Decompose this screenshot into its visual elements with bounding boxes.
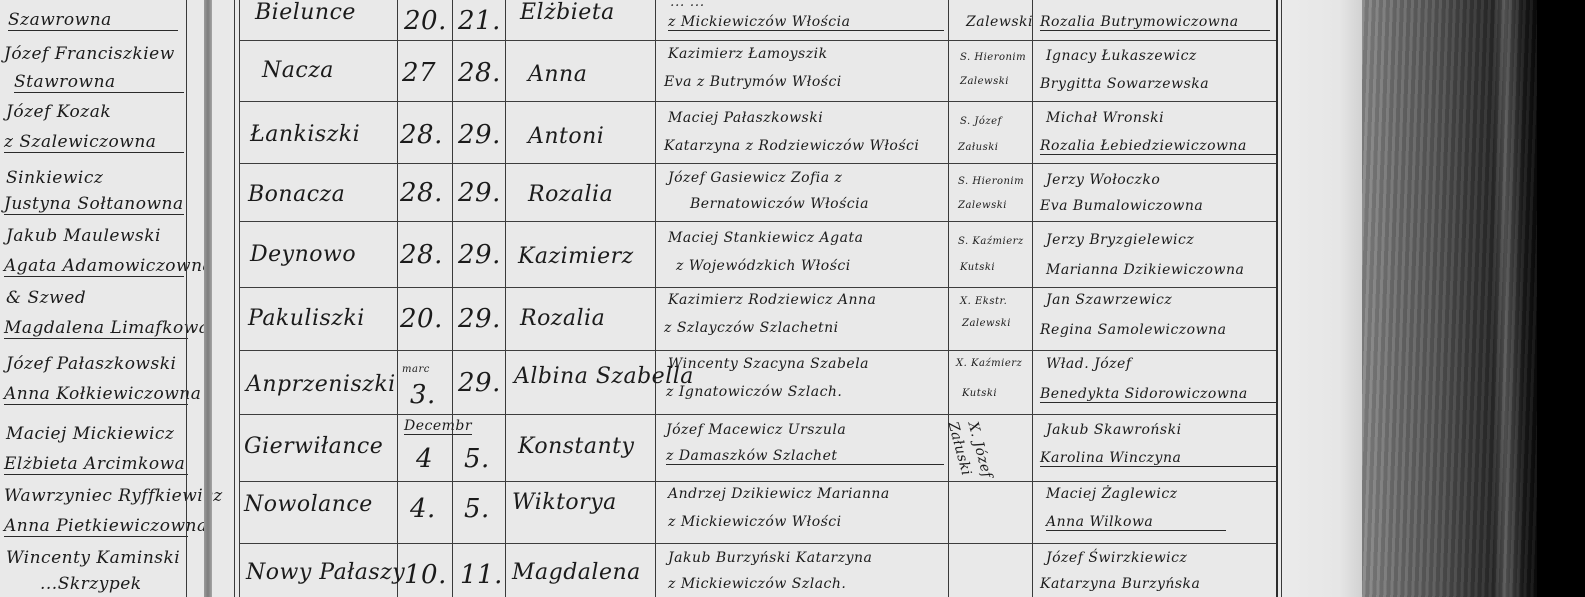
date-event: 3.: [410, 380, 436, 410]
parents-line-2: z Ignatowiczów Szlach.: [666, 384, 842, 400]
date-event: 20.: [404, 6, 447, 36]
date-event: 28.: [400, 178, 443, 208]
left-line: Elżbieta Arcimkowa: [4, 454, 188, 475]
godparents-line-2: Rozalia Łebiedziewiczowna: [1040, 138, 1276, 155]
godparents-line-1: Ignacy Łukaszewicz: [1046, 48, 1197, 64]
godparents-line-1: Maciej Żaglewicz: [1046, 486, 1178, 502]
date-event: 20.: [400, 304, 443, 334]
register-page: Szawrowna Józef Franciszkiew Stawrowna J…: [0, 0, 1365, 597]
date-record: 11.: [460, 560, 503, 590]
date-record: 29.: [458, 304, 501, 334]
left-line: Wincenty Kaminski: [6, 548, 180, 568]
godparents-line-1: Józef Świrzkiewicz: [1046, 550, 1187, 566]
surname: Deynowo: [250, 242, 356, 267]
surname: Anprzeniszki: [246, 372, 396, 397]
place-line-2: Kutski: [962, 388, 997, 399]
place: Zalewski: [966, 14, 1033, 30]
binding-gutter: [204, 0, 212, 597]
place-line-1: S. Hieronim: [960, 52, 1026, 63]
left-line: Anna Pietkiewiczowna: [4, 516, 188, 537]
surname: Nowolance: [244, 492, 373, 517]
left-line: & Szwed: [6, 288, 86, 308]
left-line: Maciej Mickiewicz: [6, 424, 174, 444]
surname: Nowy Pałaszy: [246, 560, 405, 585]
place-line-1: X. Ekstr.: [960, 296, 1007, 307]
row-rule: [240, 287, 1276, 288]
godparents-line-2: Marianna Dzikiewiczowna: [1046, 262, 1244, 278]
surname: Bielunce: [255, 0, 356, 25]
row-rule: [240, 101, 1276, 102]
godparents-line-2: Katarzyna Burzyńska: [1040, 576, 1200, 592]
row-rule: [240, 163, 1276, 164]
place-line-1: S. Hieronim: [958, 176, 1024, 187]
godparents-line-2: Rozalia Butrymowiczowna: [1040, 14, 1270, 31]
col-divider-place: [1032, 0, 1033, 597]
godparents-line-1: Wład. Józef: [1046, 356, 1132, 372]
table-border-right-inner: [1281, 0, 1282, 597]
given-name: Kazimierz: [518, 244, 634, 269]
place-line-1: X. Kaźmierz: [956, 358, 1022, 369]
date-record: 5.: [464, 494, 490, 524]
left-line: Jakub Maulewski: [6, 226, 161, 246]
parents-line-2: z Damaszków Szlachet: [666, 448, 944, 465]
parents-line-1: Maciej Stankiewicz Agata: [668, 230, 863, 246]
parents-line-2: z Wojewódzkich Włości: [676, 258, 851, 274]
date-event-month: marc: [402, 364, 430, 375]
parents-line-1: Jakub Burzyński Katarzyna: [668, 550, 872, 566]
row-rule: [240, 414, 1276, 415]
parents-line-2: z Mickiewiczów Szlach.: [668, 576, 846, 592]
godparents-line-1: Jakub Skawroński: [1046, 422, 1182, 438]
date-record: 29.: [458, 368, 501, 398]
parents-line-1: Kazimierz Łamoyszik: [668, 46, 828, 62]
scan-background: [1537, 0, 1585, 597]
torn-page-edge: [1362, 0, 1537, 597]
parents-line-2: Katarzyna z Rodziewiczów Włości: [664, 138, 919, 154]
date-record: 29.: [458, 120, 501, 150]
godparents-line-2: Regina Samolewiczowna: [1040, 322, 1226, 338]
parents-line-1: Maciej Pałaszkowski: [668, 110, 823, 126]
row-rule: [240, 40, 1276, 41]
parents-line-1: Andrzej Dzikiewicz Marianna: [668, 486, 890, 502]
table-border-right: [1276, 0, 1278, 597]
godparents-line-1: Jan Szawrzewicz: [1046, 292, 1172, 308]
godparents-line-2: Eva Bumalowiczowna: [1040, 198, 1203, 214]
godparents-line-1: Michał Wronski: [1046, 110, 1164, 126]
left-line: Stawrowna: [14, 72, 184, 93]
date-record: 29.: [458, 240, 501, 270]
left-line: ...Skrzypek: [40, 574, 142, 594]
surname: Nacza: [262, 58, 334, 83]
left-fragment-border: [186, 0, 187, 597]
col-divider-date-record: [505, 0, 506, 597]
godparents-line-2: Brygitta Sowarzewska: [1040, 76, 1209, 92]
date-event: 4: [416, 444, 433, 474]
left-line: Magdalena Limafkowa: [4, 318, 188, 339]
place-line-2: Zalewski: [960, 76, 1009, 87]
parents-line-1: Wincenty Szacyna Szabela: [668, 356, 869, 372]
left-line: Sinkiewicz: [6, 168, 103, 188]
col-divider-parents: [948, 0, 949, 597]
surname: Pakuliszki: [248, 306, 365, 331]
godparents-line-1: Jerzy Bryzgielewicz: [1046, 232, 1194, 248]
date-event: 28.: [400, 240, 443, 270]
given-name: Magdalena: [512, 560, 641, 585]
left-line: Anna Kołkiewiczowna: [4, 384, 188, 405]
date-record: 29.: [458, 178, 501, 208]
col-divider-surname: [397, 0, 398, 597]
godparents-line-1: Jerzy Wołoczko: [1046, 172, 1160, 188]
place-line-1: S. Kaźmierz: [958, 236, 1024, 247]
col-divider-date-event: [452, 0, 453, 597]
left-line: Józef Kozak: [6, 102, 111, 122]
page-margin: [1280, 0, 1365, 597]
given-name: Rozalia: [528, 182, 613, 207]
godparents-line-2: Anna Wilkowa: [1046, 514, 1226, 531]
godparents-line-2: Benedykta Sidorowiczowna: [1040, 386, 1276, 403]
given-name: Konstanty: [518, 434, 634, 459]
date-event-month: Decembr: [404, 418, 472, 435]
place-line-2: Załuski: [958, 142, 998, 153]
row-rule: [240, 350, 1276, 351]
godparents-line-2: Karolina Winczyna: [1040, 450, 1276, 467]
col-divider-given-name: [655, 0, 656, 597]
place-line-1: S. Józef: [960, 116, 1002, 127]
surname: Łankiszki: [250, 122, 360, 147]
date-event: 4.: [410, 494, 436, 524]
left-line: z Szalewiczowna: [4, 132, 184, 153]
left-line: Justyna Sołtanowna: [4, 194, 184, 215]
parents-line-2: Eva z Butrymów Włości: [664, 74, 842, 90]
left-line: Szawrowna: [8, 10, 178, 31]
row-rule: [240, 221, 1276, 222]
date-record: 28.: [458, 58, 501, 88]
row-rule: [240, 481, 1276, 482]
place-line-2: Zalewski: [958, 200, 1007, 211]
table-border-left: [234, 0, 235, 597]
parents-line-2: z Mickiewiczów Włościa: [668, 14, 944, 31]
date-event: 27: [402, 58, 436, 88]
given-name: Elżbieta: [520, 0, 615, 25]
given-name: Antoni: [528, 124, 604, 149]
left-line: Agata Adamowiczowna: [4, 256, 184, 277]
place-line-2: Kutski: [960, 262, 995, 273]
given-name: Anna: [528, 62, 587, 87]
date-record: 5.: [464, 444, 490, 474]
place-line-2: Zalewski: [962, 318, 1011, 329]
date-event: 10.: [404, 560, 447, 590]
parents-line-1: Kazimierz Rodziewicz Anna: [668, 292, 876, 308]
parents-line-1: Józef Gasiewicz Zofia z: [668, 170, 842, 186]
date-event: 28.: [400, 120, 443, 150]
left-line: Józef Pałaszkowski: [6, 354, 176, 374]
surname: Gierwiłance: [244, 434, 383, 459]
left-line: Józef Franciszkiew: [4, 44, 175, 64]
given-name: Rozalia: [520, 306, 605, 331]
date-record: 21.: [458, 6, 501, 36]
parents-line-1: Józef Macewicz Urszula: [666, 422, 846, 438]
parents-line-1: ... ...: [670, 0, 705, 10]
surname: Bonacza: [248, 182, 345, 207]
table-border-left-inner: [239, 0, 240, 597]
parents-line-2: z Szlayczów Szlachetni: [664, 320, 839, 336]
parents-line-2: z Mickiewiczów Włości: [668, 514, 842, 530]
row-rule: [240, 543, 1276, 544]
given-name: Wiktorya: [512, 490, 617, 515]
left-line: Wawrzyniec Ryffkiewicz: [4, 486, 223, 506]
parents-line-2: Bernatowiczów Włościa: [690, 196, 869, 212]
